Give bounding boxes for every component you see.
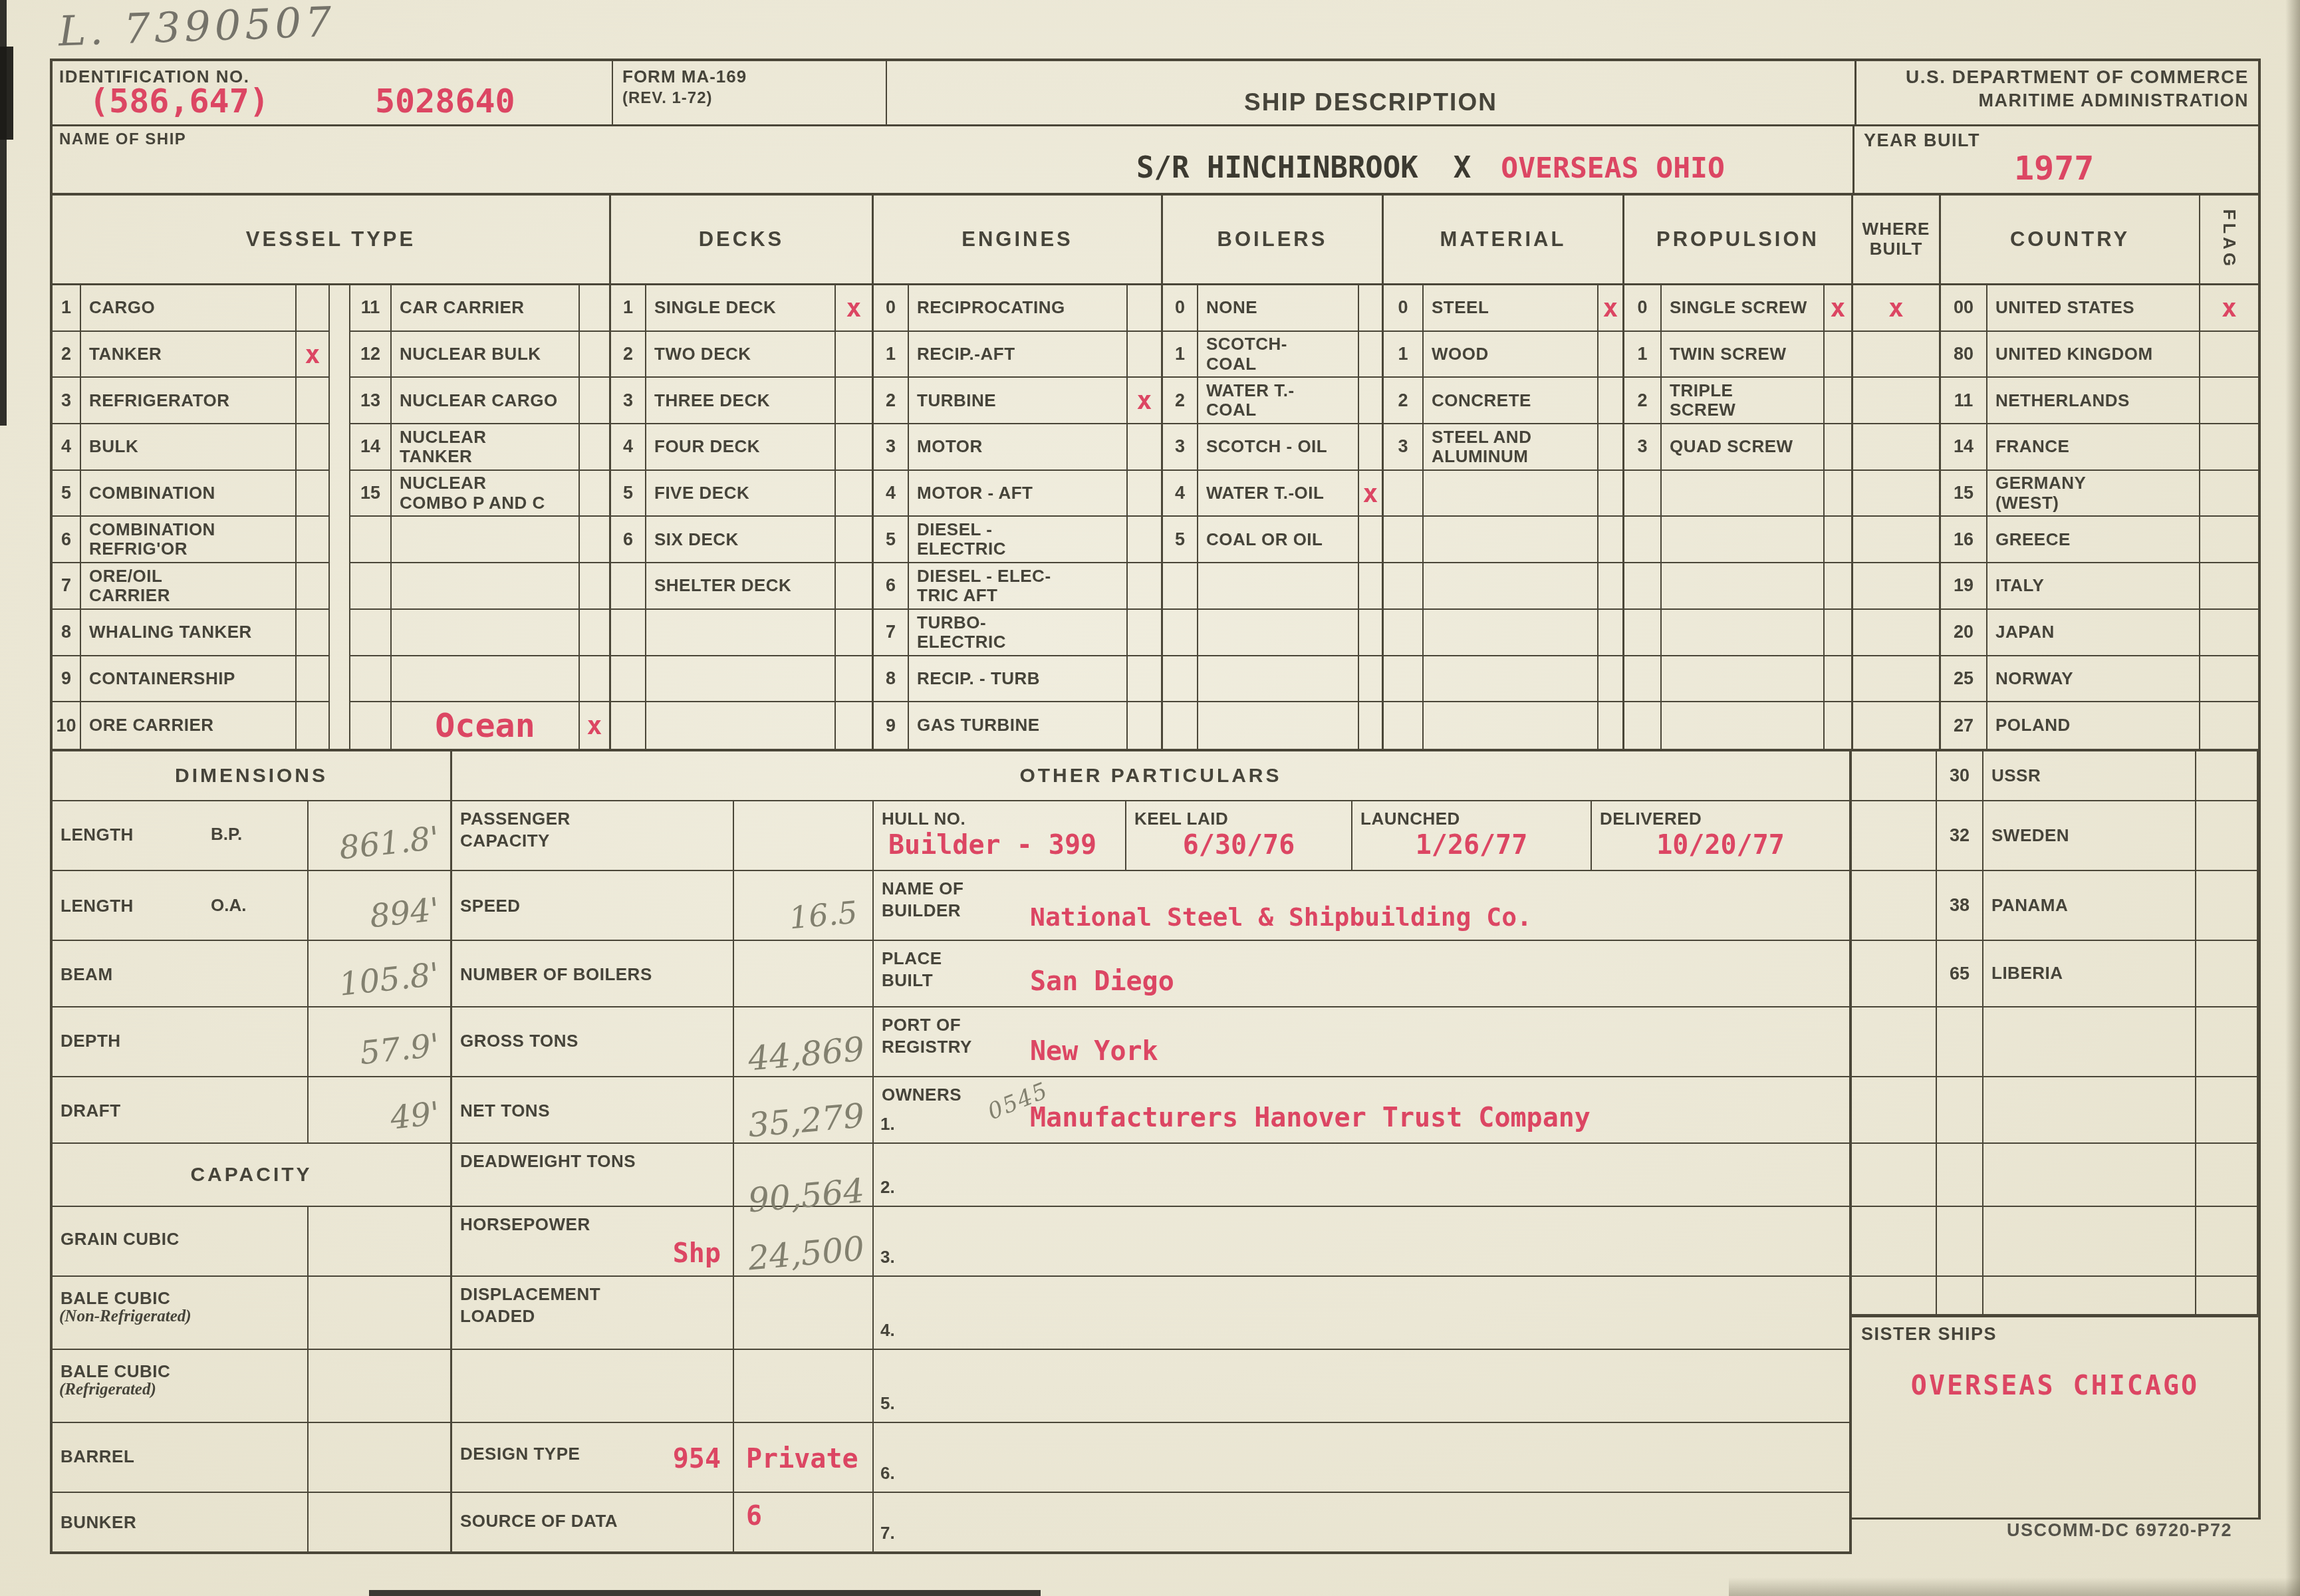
option-label: FOUR DECK	[646, 424, 836, 471]
option-mark	[580, 378, 611, 424]
net-tons-label: NET TONS	[460, 1100, 550, 1122]
option-mark	[1825, 656, 1853, 703]
option-num	[611, 610, 646, 656]
option-num	[350, 656, 392, 703]
country-label	[1983, 1144, 2196, 1207]
option-label: THREE DECK	[646, 378, 836, 424]
where-built-cell	[1852, 1007, 1937, 1077]
option-mark	[1825, 378, 1853, 424]
ship-name-value: S/R HINCHINBROOK X	[1136, 151, 1471, 185]
capacity-label-cell: BUNKER	[53, 1493, 309, 1551]
option-num: 3	[611, 378, 646, 424]
mid-label-cell: NET TONS	[452, 1077, 734, 1144]
option-mark	[1825, 702, 1853, 749]
owner-number-7: 7.	[880, 1523, 895, 1543]
where-built-mark-cell	[1853, 702, 1941, 749]
mid-value-cell: 16.5	[734, 871, 874, 941]
owner-number-6: 6.	[880, 1463, 895, 1484]
option-mark	[1598, 471, 1624, 517]
country-num: 80	[1941, 332, 1987, 378]
agency-cell: U.S. DEPARTMENT OF COMMERCE MARITIME ADM…	[1854, 61, 2258, 124]
dim-label-cell: LENGTH B.P.	[53, 801, 309, 871]
option-label: SINGLE DECK	[646, 285, 836, 332]
option-mark	[1598, 563, 1624, 610]
option-label	[646, 610, 836, 656]
option-num	[350, 517, 392, 563]
scan-edge-left-blob	[0, 47, 13, 140]
deadweight-tons-label: DEADWEIGHT TONS	[460, 1150, 636, 1172]
option-label	[1424, 610, 1598, 656]
dim-label-cell: DRAFT	[53, 1077, 309, 1144]
option-mark: x	[836, 285, 874, 332]
option-label	[1662, 563, 1825, 610]
option-mark	[580, 610, 611, 656]
option-num: 7	[53, 563, 81, 610]
option-label	[1424, 702, 1598, 749]
option-num: 4	[874, 471, 909, 517]
other-particulars-header: OTHER PARTICULARS	[452, 751, 1849, 801]
option-num	[1624, 517, 1662, 563]
option-label: ORE/OIL CARRIER	[81, 563, 297, 610]
hull-no-cell: HULL NO. Builder - 399	[874, 801, 1126, 871]
option-num: 9	[53, 656, 81, 703]
country-num: 14	[1941, 424, 1987, 471]
capacity-header: CAPACITY	[53, 1144, 452, 1207]
option-num: 0	[1163, 285, 1198, 332]
option-mark	[1598, 517, 1624, 563]
flag-mark-cell	[2200, 424, 2258, 471]
dim-length-oa-label: LENGTH	[61, 895, 134, 917]
owner-number-5: 5.	[880, 1393, 895, 1414]
option-num	[1163, 563, 1198, 610]
option-num: 4	[1163, 471, 1198, 517]
propulsion-header: PROPULSION	[1624, 196, 1853, 285]
option-num: 3	[1384, 424, 1424, 471]
country-label: ITALY	[1987, 563, 2200, 610]
option-num: 8	[874, 656, 909, 703]
option-num: 3	[874, 424, 909, 471]
option-label: CARGO	[81, 285, 297, 332]
flag-mark-cell	[2200, 610, 2258, 656]
option-mark	[580, 424, 611, 471]
delivered-cell: DELIVERED 10/20/77	[1592, 801, 1849, 871]
source-of-data-value: 6	[746, 1501, 762, 1531]
option-mark	[1128, 471, 1163, 517]
country-label: FRANCE	[1987, 424, 2200, 471]
option-num	[1624, 656, 1662, 703]
dimensions-header: DIMENSIONS	[53, 751, 452, 801]
identification-value-b: 5028640	[375, 82, 515, 120]
place-built-cell: PLACE BUILT San Diego	[874, 941, 1849, 1007]
sister-ships-box: SISTER SHIPS OVERSEAS CHICAGO	[1852, 1315, 2261, 1520]
mid-label-cell: HORSEPOWER Shp	[452, 1207, 734, 1277]
option-label	[1424, 517, 1598, 563]
flag-mark-cell	[2200, 702, 2258, 749]
option-label	[1662, 656, 1825, 703]
country-num	[1937, 1144, 1983, 1207]
option-mark	[1359, 563, 1384, 610]
option-label: MOTOR - AFT	[909, 471, 1128, 517]
option-num: 0	[1384, 285, 1424, 332]
option-mark	[1825, 610, 1853, 656]
dim-value-cell: 49'	[309, 1077, 452, 1144]
gross-tons-label: GROSS TONS	[460, 1030, 578, 1052]
capacity-label-cell: BALE CUBIC (Non-Refrigerated)	[53, 1277, 309, 1350]
capacity-label-cell: BALE CUBIC (Refrigerated)	[53, 1350, 309, 1423]
keel-laid-value: 6/30/76	[1183, 830, 1295, 861]
option-label	[1424, 471, 1598, 517]
flag-cell	[2196, 941, 2258, 1007]
option-label: STEEL AND ALUMINUM	[1424, 424, 1598, 471]
flag-cell	[2196, 1144, 2258, 1207]
option-num	[1624, 563, 1662, 610]
port-of-registry-label: PORT OF REGISTRY	[882, 1014, 972, 1057]
country-label: JAPAN	[1987, 610, 2200, 656]
option-mark	[836, 702, 874, 749]
option-num: 0	[874, 285, 909, 332]
country-label	[1983, 1077, 2196, 1144]
option-label: RECIP.-AFT	[909, 332, 1128, 378]
option-num: 12	[350, 332, 392, 378]
option-num: 14	[350, 424, 392, 471]
horsepower-value: 24,500	[747, 1229, 866, 1277]
country-list-lower: 30USSR32SWEDEN38PANAMA65LIBERIA	[1852, 751, 2261, 1315]
form-revision: (REV. 1-72)	[622, 89, 713, 108]
depth-label: DEPTH	[61, 1030, 121, 1052]
option-label	[1198, 702, 1359, 749]
option-label	[1662, 471, 1825, 517]
option-mark	[836, 471, 874, 517]
keel-laid-label: KEEL LAID	[1134, 808, 1228, 830]
option-label: TRIPLE SCREW	[1662, 378, 1825, 424]
country-num: 32	[1937, 801, 1983, 871]
flag-cell	[2196, 1007, 2258, 1077]
hull-no-value: Builder - 399	[888, 830, 1096, 861]
country-label	[1983, 1277, 2196, 1315]
place-built-label: PLACE BUILT	[882, 948, 942, 991]
option-label: SHELTER DECK	[646, 563, 836, 610]
vessel-type-header: VESSEL TYPE	[53, 196, 611, 285]
flag-cell	[2196, 801, 2258, 871]
dim-length-bp-sub: B.P.	[211, 824, 242, 845]
option-mark	[1128, 332, 1163, 378]
option-label: WATER T.- COAL	[1198, 378, 1359, 424]
owner-1-value: Manufacturers Hanover Trust Company	[1030, 1103, 1591, 1133]
title-cell: SHIP DESCRIPTION	[887, 61, 1854, 124]
option-mark	[836, 332, 874, 378]
bale-cubic-ref-sub: (Refrigerated)	[59, 1381, 156, 1399]
mid-value-cell	[734, 941, 874, 1007]
net-tons-value: 35,279	[747, 1096, 866, 1144]
scan-shadow-bottom	[1729, 1577, 2300, 1596]
mid-value-cell: 6	[734, 1493, 874, 1551]
dim-length-bp-value: 861.8'	[338, 819, 442, 866]
dim-value-cell: 57.9'	[309, 1007, 452, 1077]
option-mark	[1825, 563, 1853, 610]
flag-cell	[2196, 1277, 2258, 1315]
dim-value-cell: 105.8'	[309, 941, 452, 1007]
flag-header-label: FLAG	[2220, 209, 2239, 270]
option-label: MOTOR	[909, 424, 1128, 471]
option-label: STEEL	[1424, 285, 1598, 332]
option-num	[350, 563, 392, 610]
option-num: 4	[53, 424, 81, 471]
option-mark	[580, 285, 611, 332]
port-of-registry-cell: PORT OF REGISTRY New York	[874, 1007, 1849, 1077]
bale-cubic-nonref-sub: (Non-Refrigerated)	[59, 1307, 192, 1326]
horsepower-unit-note: Shp	[673, 1238, 721, 1269]
where-built-cell	[1852, 751, 1937, 801]
dim-value-cell: 894'	[309, 871, 452, 941]
form-number-cell: FORM MA-169 (REV. 1-72)	[613, 61, 887, 124]
option-mark	[1825, 424, 1853, 471]
option-label: RECIPROCATING	[909, 285, 1128, 332]
owner-row-cell: 6.	[874, 1423, 1849, 1493]
grain-cubic-label: GRAIN CUBIC	[61, 1228, 180, 1250]
option-num: 3	[1624, 424, 1662, 471]
displacement-loaded-label: DISPLACEMENT LOADED	[460, 1283, 600, 1327]
launched-cell: LAUNCHED 1/26/77	[1352, 801, 1592, 871]
option-mark	[297, 610, 330, 656]
option-mark	[1598, 656, 1624, 703]
form-header-row: IDENTIFICATION NO. (586,647) 5028640 FOR…	[50, 59, 2261, 126]
option-num: 1	[611, 285, 646, 332]
option-mark	[1359, 517, 1384, 563]
handwritten-id-number: L. 7390507	[58, 0, 459, 64]
ship-name-row: NAME OF SHIP S/R HINCHINBROOK X OVERSEAS…	[50, 126, 2261, 193]
identification-value-a: (586,647)	[89, 82, 269, 120]
mid-label-cell: PASSENGER CAPACITY	[452, 801, 734, 871]
country-label: NETHERLANDS	[1987, 378, 2200, 424]
agency-line1: U.S. DEPARTMENT OF COMMERCE	[1906, 66, 2249, 88]
option-num	[1384, 517, 1424, 563]
option-mark	[1128, 610, 1163, 656]
country-num	[1937, 1277, 1983, 1315]
capacity-value-cell	[309, 1207, 452, 1277]
option-label: SINGLE SCREW	[1662, 285, 1825, 332]
option-mark	[1598, 610, 1624, 656]
mid-label-cell: GROSS TONS	[452, 1007, 734, 1077]
flag-mark-cell	[2200, 378, 2258, 424]
option-num: 5	[53, 471, 81, 517]
country-num	[1937, 1077, 1983, 1144]
option-num: 15	[350, 471, 392, 517]
bunker-label: BUNKER	[61, 1512, 136, 1533]
country-label	[1983, 1007, 2196, 1077]
option-num: 13	[350, 378, 392, 424]
option-mark	[1128, 702, 1163, 749]
option-label: FIVE DECK	[646, 471, 836, 517]
option-label: TWO DECK	[646, 332, 836, 378]
owner-number-1: 1.	[880, 1114, 895, 1134]
option-label	[392, 656, 580, 703]
depth-value: 57.9'	[358, 1027, 441, 1072]
engines-header: ENGINES	[874, 196, 1163, 285]
option-num: 2	[1163, 378, 1198, 424]
where-built-mark-cell: x	[1853, 285, 1941, 332]
country-label	[1983, 1207, 2196, 1277]
mid-value-cell: 90,564	[734, 1144, 874, 1207]
particulars-grid: DIMENSIONS OTHER PARTICULARS LENGTH B.P.…	[50, 751, 1852, 1554]
country-label: POLAND	[1987, 702, 2200, 749]
option-num: 6	[611, 517, 646, 563]
option-mark	[836, 563, 874, 610]
passenger-capacity-label: PASSENGER CAPACITY	[460, 808, 571, 851]
option-label	[1662, 517, 1825, 563]
flag-mark-cell	[2200, 332, 2258, 378]
option-label: NUCLEAR COMBO P AND C	[392, 471, 580, 517]
option-mark	[297, 702, 330, 749]
option-label	[1424, 656, 1598, 703]
option-num: 1	[874, 332, 909, 378]
mid-label-cell: SPEED	[452, 871, 734, 941]
option-num: 2	[1384, 378, 1424, 424]
sister-ships-label: SISTER SHIPS	[1861, 1324, 1997, 1345]
option-mark	[297, 517, 330, 563]
option-label	[1662, 610, 1825, 656]
option-num: 3	[53, 378, 81, 424]
option-num: 1	[1384, 332, 1424, 378]
option-mark	[836, 517, 874, 563]
name-of-ship-label: NAME OF SHIP	[59, 130, 186, 149]
option-mark	[1128, 563, 1163, 610]
option-label: SIX DECK	[646, 517, 836, 563]
name-of-builder-cell: NAME OF BUILDER National Steel & Shipbui…	[874, 871, 1849, 941]
option-num: 3	[1163, 424, 1198, 471]
where-built-mark-cell	[1853, 332, 1941, 378]
option-mark	[1359, 424, 1384, 471]
print-control-code: USCOMM-DC 69720-P72	[2007, 1520, 2232, 1541]
option-mark	[836, 656, 874, 703]
name-of-builder-label: NAME OF BUILDER	[882, 878, 963, 921]
option-num: 0	[1624, 285, 1662, 332]
option-mark	[297, 424, 330, 471]
grid-gap-cell	[330, 378, 350, 424]
design-type-label: DESIGN TYPE	[460, 1443, 580, 1465]
grid-gap-cell	[330, 424, 350, 471]
source-of-data-label: SOURCE OF DATA	[460, 1510, 618, 1532]
country-num: 20	[1941, 610, 1987, 656]
option-mark	[1825, 517, 1853, 563]
owner-number-2: 2.	[880, 1177, 895, 1198]
owner-number-4: 4.	[880, 1320, 895, 1341]
grid-gap-cell	[330, 610, 350, 656]
option-mark	[1825, 332, 1853, 378]
country-label: UNITED KINGDOM	[1987, 332, 2200, 378]
option-label: Ocean	[392, 702, 580, 749]
option-num	[1384, 610, 1424, 656]
option-num: 5	[1163, 517, 1198, 563]
option-label: SCOTCH - OIL	[1198, 424, 1359, 471]
scan-shadow-right	[2285, 0, 2300, 1596]
option-mark	[580, 471, 611, 517]
flag-cell	[2196, 1077, 2258, 1144]
option-mark	[1359, 332, 1384, 378]
scanned-ship-description-form: L. 7390507 IDENTIFICATION NO. (586,647) …	[0, 0, 2300, 1596]
option-mark	[1359, 378, 1384, 424]
option-label: NUCLEAR CARGO	[392, 378, 580, 424]
option-label	[1198, 563, 1359, 610]
option-mark: x	[580, 702, 611, 749]
mid-value-cell	[734, 801, 874, 871]
draft-label: DRAFT	[61, 1100, 121, 1122]
flag-mark-cell: x	[2200, 285, 2258, 332]
option-num	[1624, 702, 1662, 749]
owner-row-cell: 2.	[874, 1144, 1849, 1207]
country-num: 27	[1941, 702, 1987, 749]
option-mark	[580, 563, 611, 610]
option-label: WATER T.-OIL	[1198, 471, 1359, 517]
option-num: 9	[874, 702, 909, 749]
year-built-label: YEAR BUILT	[1864, 130, 1980, 151]
option-mark	[580, 517, 611, 563]
option-num: 1	[1624, 332, 1662, 378]
country-num	[1937, 1207, 1983, 1277]
option-num	[1384, 471, 1424, 517]
option-mark: x	[297, 332, 330, 378]
option-mark	[1825, 471, 1853, 517]
option-mark	[580, 332, 611, 378]
option-label: CONCRETE	[1424, 378, 1598, 424]
option-num: 2	[1624, 378, 1662, 424]
option-num: 2	[53, 332, 81, 378]
launched-label: LAUNCHED	[1360, 808, 1460, 830]
material-header: MATERIAL	[1384, 196, 1624, 285]
owner-number-3: 3.	[880, 1247, 895, 1267]
option-mark	[1128, 517, 1163, 563]
option-label: TURBO- ELECTRIC	[909, 610, 1128, 656]
option-num: 5	[611, 471, 646, 517]
option-mark	[1598, 424, 1624, 471]
option-label	[392, 610, 580, 656]
option-num: 10	[53, 702, 81, 749]
option-num: 1	[1163, 332, 1198, 378]
option-label	[646, 656, 836, 703]
option-mark	[1359, 285, 1384, 332]
dim-length-oa-value: 894'	[368, 891, 442, 936]
page-title: SHIP DESCRIPTION	[1244, 88, 1497, 116]
option-num	[1384, 656, 1424, 703]
option-mark	[1598, 378, 1624, 424]
mid-label-cell: DISPLACEMENT LOADED	[452, 1277, 734, 1350]
place-built-value: San Diego	[1030, 966, 1174, 997]
flag-cell	[2196, 751, 2258, 801]
country-label: USSR	[1983, 751, 2196, 801]
design-type-code: 954	[673, 1444, 721, 1474]
gross-tons-value: 44,869	[747, 1029, 866, 1078]
country-num: 38	[1937, 871, 1983, 941]
capacity-value-cell	[309, 1277, 452, 1350]
mid-value-cell: Private	[734, 1423, 874, 1493]
where-built-mark-cell	[1853, 424, 1941, 471]
option-mark: x	[1598, 285, 1624, 332]
launched-value: 1/26/77	[1416, 830, 1528, 861]
option-label: SCOTCH- COAL	[1198, 332, 1359, 378]
where-built-cell	[1852, 1144, 1937, 1207]
year-built-cell: YEAR BUILT 1977	[1854, 126, 2258, 193]
agency-line2: MARITIME ADMINISTRATION	[1979, 90, 2249, 111]
option-mark	[1359, 702, 1384, 749]
option-mark	[1359, 610, 1384, 656]
option-label: TANKER	[81, 332, 297, 378]
option-mark: x	[1359, 471, 1384, 517]
flag-header: FLAG	[2200, 196, 2258, 285]
where-built-cell	[1852, 941, 1937, 1007]
option-mark	[836, 424, 874, 471]
where-built-mark-cell	[1853, 471, 1941, 517]
year-built-value: 1977	[2014, 149, 2094, 188]
option-num: 2	[611, 332, 646, 378]
